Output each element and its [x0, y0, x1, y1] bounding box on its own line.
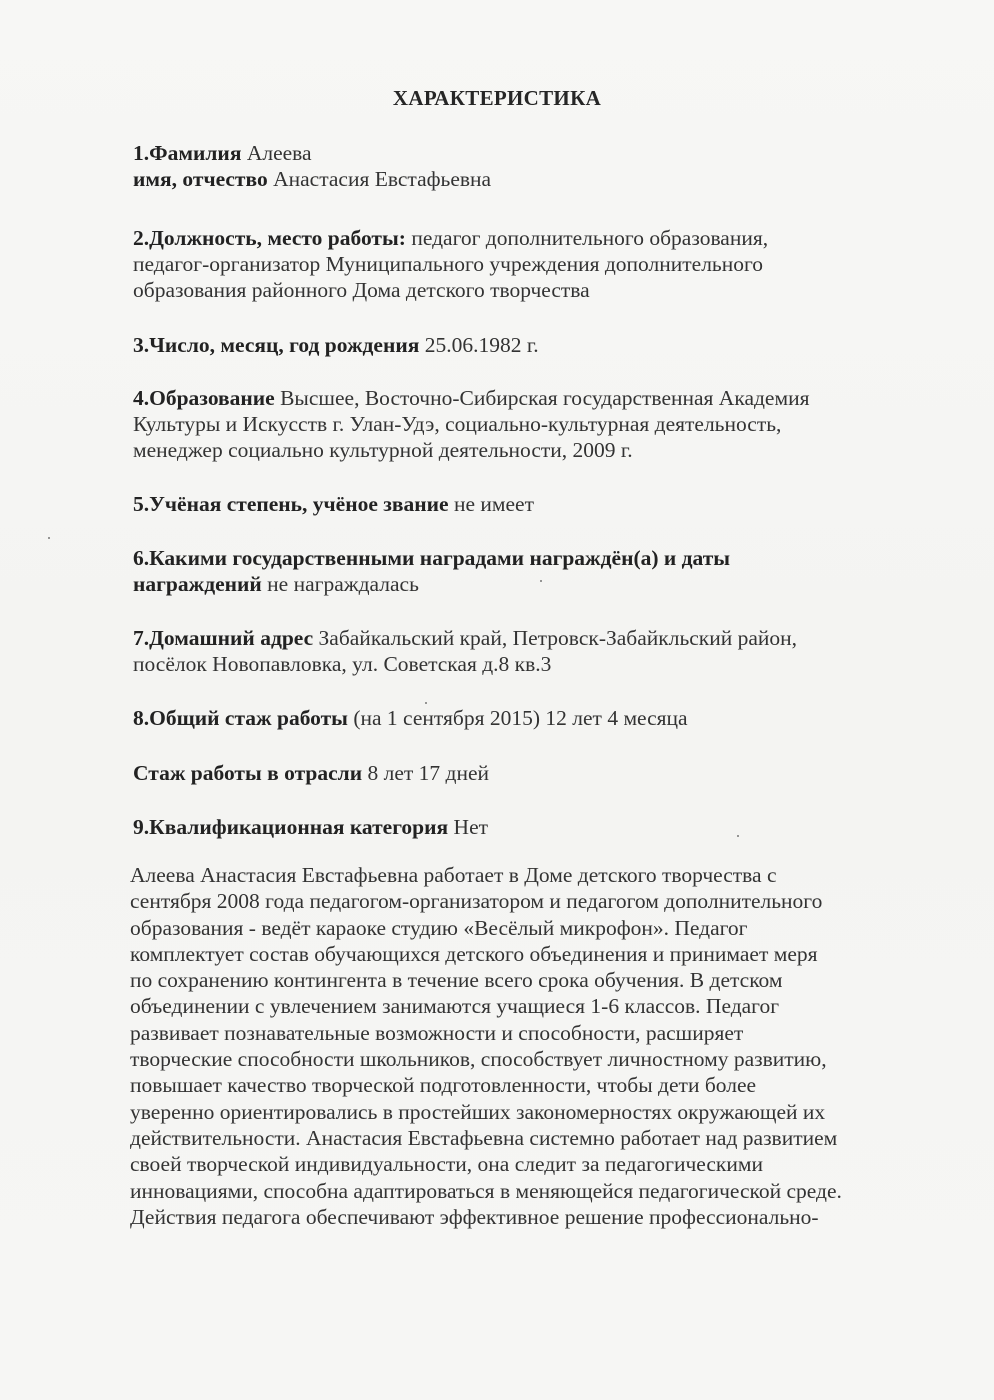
field-total-experience: 8.Общий стаж работы (на 1 сентября 2015)… — [133, 705, 688, 731]
paragraph-line: творческие способности школьников, спосо… — [130, 1046, 890, 1072]
field-education-cont: менеджер социально культурной деятельнос… — [133, 437, 633, 463]
field-value: (на 1 сентября 2015) 12 лет 4 месяца — [353, 706, 687, 730]
field-label: награждений — [133, 572, 262, 596]
field-value: 25.06.1982 г. — [425, 333, 539, 357]
field-position: 2.Должность, место работы: педагог допол… — [133, 225, 768, 251]
field-value: 8 лет 17 дней — [368, 761, 490, 785]
scan-speck — [425, 702, 427, 704]
field-education: 4.Образование Высшее, Восточно-Сибирская… — [133, 385, 809, 411]
field-address-cont: посёлок Новопавловка, ул. Советская д.8 … — [133, 651, 551, 677]
field-label: 2.Должность, место работы: — [133, 226, 406, 250]
field-label: 9.Квалификационная категория — [133, 815, 448, 839]
field-awards-cont: награждений не награждалась — [133, 571, 419, 597]
field-value: Алеева — [247, 141, 312, 165]
field-label: 3.Число, месяц, год рождения — [133, 333, 419, 357]
field-surname: 1.Фамилия Алеева — [133, 140, 312, 166]
paragraph-line: своей творческой индивидуальности, она с… — [130, 1151, 890, 1177]
field-label: 6.Какими государственными наградами нагр… — [133, 546, 730, 570]
paragraph-line: Действия педагога обеспечивают эффективн… — [130, 1204, 890, 1230]
paragraph-line: комплектует состав обучающихся детского … — [130, 941, 890, 967]
field-qualification: 9.Квалификационная категория Нет — [133, 814, 488, 840]
field-value: Нет — [454, 815, 488, 839]
field-value: не награждалась — [267, 572, 419, 596]
field-name-patronymic: имя, отчество Анастасия Евстафьевна — [133, 166, 491, 192]
paragraph-line: объединении с увлечением занимаются учащ… — [130, 993, 890, 1019]
paragraph-line: развивает познавательные возможности и с… — [130, 1020, 890, 1046]
paragraph-line: инновациями, способна адаптироваться в м… — [130, 1178, 890, 1204]
field-industry-experience: Стаж работы в отрасли 8 лет 17 дней — [133, 760, 489, 786]
scan-speck — [737, 835, 739, 837]
document-page: ХАРАКТЕРИСТИКА 1.Фамилия Алеева имя, отч… — [0, 0, 994, 1400]
paragraph-line: Алеева Анастасия Евстафьевна работает в … — [130, 862, 890, 888]
field-label: 7.Домашний адрес — [133, 626, 313, 650]
field-degree: 5.Учёная степень, учёное звание не имеет — [133, 491, 534, 517]
field-label: Стаж работы в отрасли — [133, 761, 362, 785]
field-address: 7.Домашний адрес Забайкальский край, Пет… — [133, 625, 797, 651]
field-label: 5.Учёная степень, учёное звание — [133, 492, 449, 516]
field-label: 8.Общий стаж работы — [133, 706, 348, 730]
field-value: не имеет — [454, 492, 534, 516]
paragraph-line: действительности. Анастасия Евстафьевна … — [130, 1125, 890, 1151]
document-title: ХАРАКТЕРИСТИКА — [0, 86, 994, 111]
field-birth-date: 3.Число, месяц, год рождения 25.06.1982 … — [133, 332, 539, 358]
field-label: имя, отчество — [133, 167, 268, 191]
field-value: Анастасия Евстафьевна — [273, 167, 491, 191]
paragraph-line: сентября 2008 года педагогом-организатор… — [130, 888, 890, 914]
field-label: 1.Фамилия — [133, 141, 241, 165]
field-position-cont: образования районного Дома детского твор… — [133, 277, 590, 303]
field-education-cont: Культуры и Искусств г. Улан-Удэ, социаль… — [133, 411, 781, 437]
scan-speck — [540, 580, 542, 582]
field-value: педагог дополнительного образования, — [411, 226, 768, 250]
field-label: 4.Образование — [133, 386, 275, 410]
paragraph-line: по сохранению контингента в течение всег… — [130, 967, 890, 993]
field-awards: 6.Какими государственными наградами нагр… — [133, 545, 730, 571]
characteristic-paragraph: Алеева Анастасия Евстафьевна работает в … — [130, 862, 890, 1230]
paragraph-line: повышает качество творческой подготовлен… — [130, 1072, 890, 1098]
paragraph-line: уверенно ориентировались в простейших за… — [130, 1099, 890, 1125]
field-value: Высшее, Восточно-Сибирская государственн… — [280, 386, 809, 410]
field-position-cont: педагог-организатор Муниципального учреж… — [133, 251, 763, 277]
field-value: Забайкальский край, Петровск-Забайкльски… — [319, 626, 798, 650]
scan-speck — [48, 537, 50, 539]
paragraph-line: образования - ведёт караоке студию «Весё… — [130, 915, 890, 941]
